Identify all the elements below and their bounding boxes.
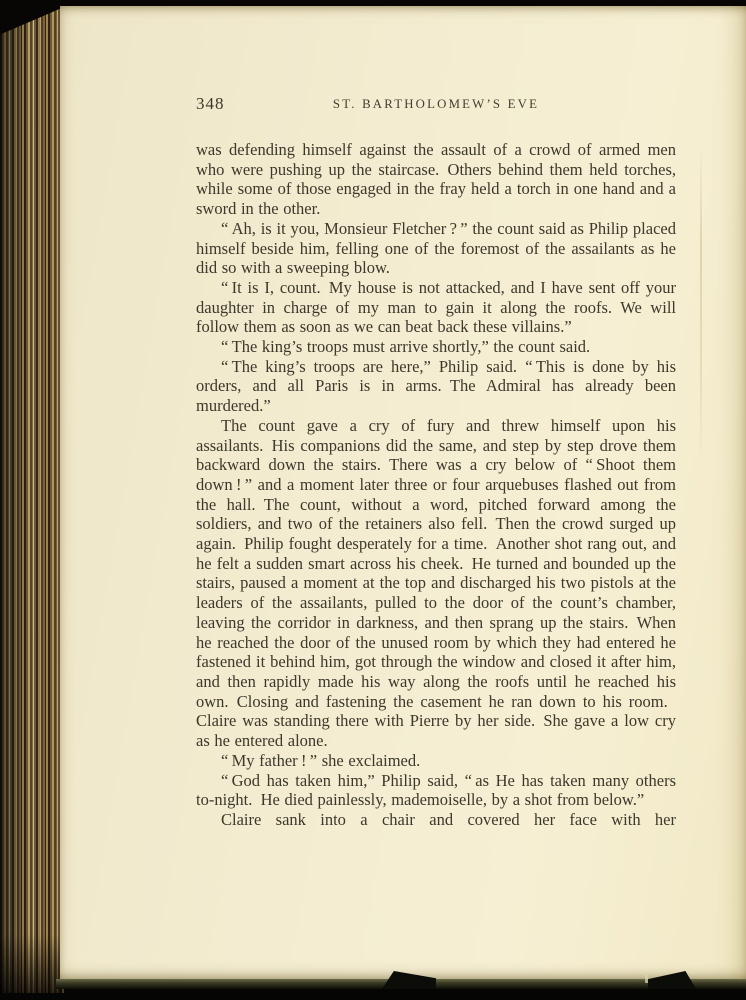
paragraph: “ My father ! ” she exclaimed.: [196, 751, 676, 771]
paragraph: “ God has taken him,” Philip said, “ as …: [196, 771, 676, 810]
book-page: 348 ST. BARTHOLOMEW’S EVE was defending …: [60, 6, 746, 979]
paragraph: “ The king’s troops must arrive shortly,…: [196, 337, 676, 357]
paragraph: was defending himself against the assaul…: [196, 140, 676, 219]
page-number: 348: [196, 94, 225, 114]
page-body: was defending himself against the assaul…: [196, 140, 676, 830]
book-fore-edge-pages: [0, 7, 64, 993]
paragraph: “ It is I, count. My house is not attack…: [196, 278, 676, 337]
page-gap-highlight: [645, 975, 648, 983]
running-head: ST. BARTHOLOMEW’S EVE: [196, 94, 676, 115]
paragraph: “ The king’s troops are here,” Philip sa…: [196, 357, 676, 416]
book-scan: 348 ST. BARTHOLOMEW’S EVE was defending …: [0, 0, 746, 1000]
page-header: 348 ST. BARTHOLOMEW’S EVE: [196, 94, 676, 114]
paragraph: Claire sank into a chair and covered her…: [196, 810, 676, 830]
paragraph: The count gave a cry of fury and threw h…: [196, 416, 676, 751]
paragraph: “ Ah, is it you, Monsieur Fletcher ? ” t…: [196, 219, 676, 278]
